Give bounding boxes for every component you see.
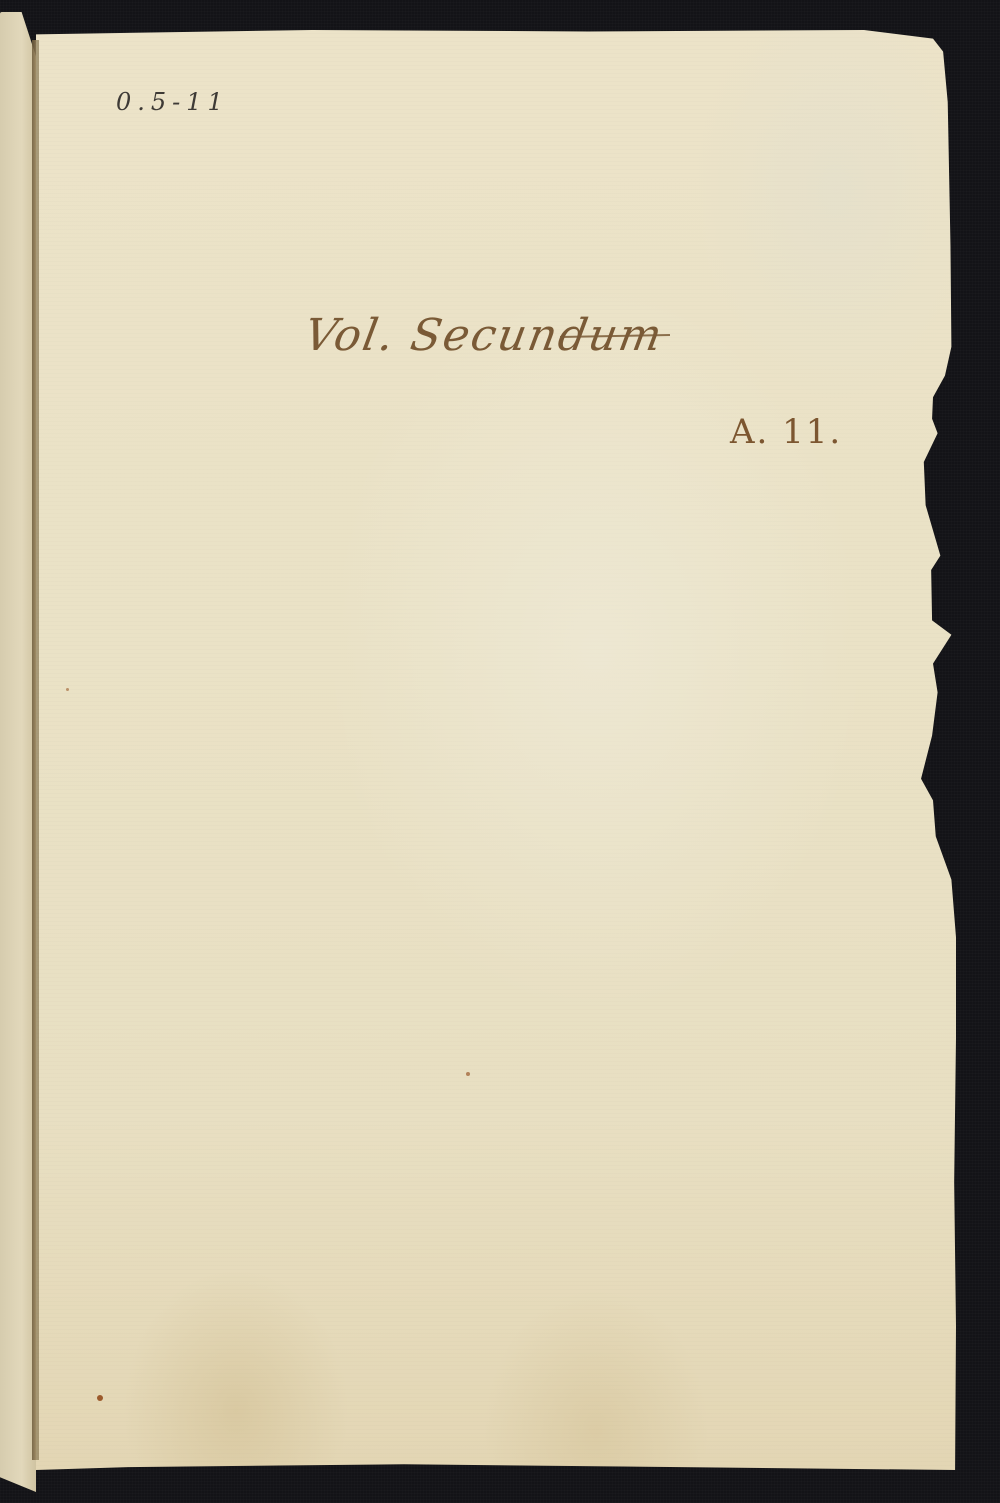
foxing-stain [466,1072,470,1076]
shelfmark-annotation: 0.5-11 [116,88,229,116]
leaf-signature-mark: A. 11. [730,412,842,452]
manuscript-scan: 0.5-11 Vol. Secundum A. 11. [0,0,1000,1503]
facing-page [0,12,36,1492]
leaf-edge [36,40,39,1460]
manuscript-leaf [36,30,956,1470]
foxing-stain [97,1395,103,1401]
foxing-stain [66,688,69,691]
